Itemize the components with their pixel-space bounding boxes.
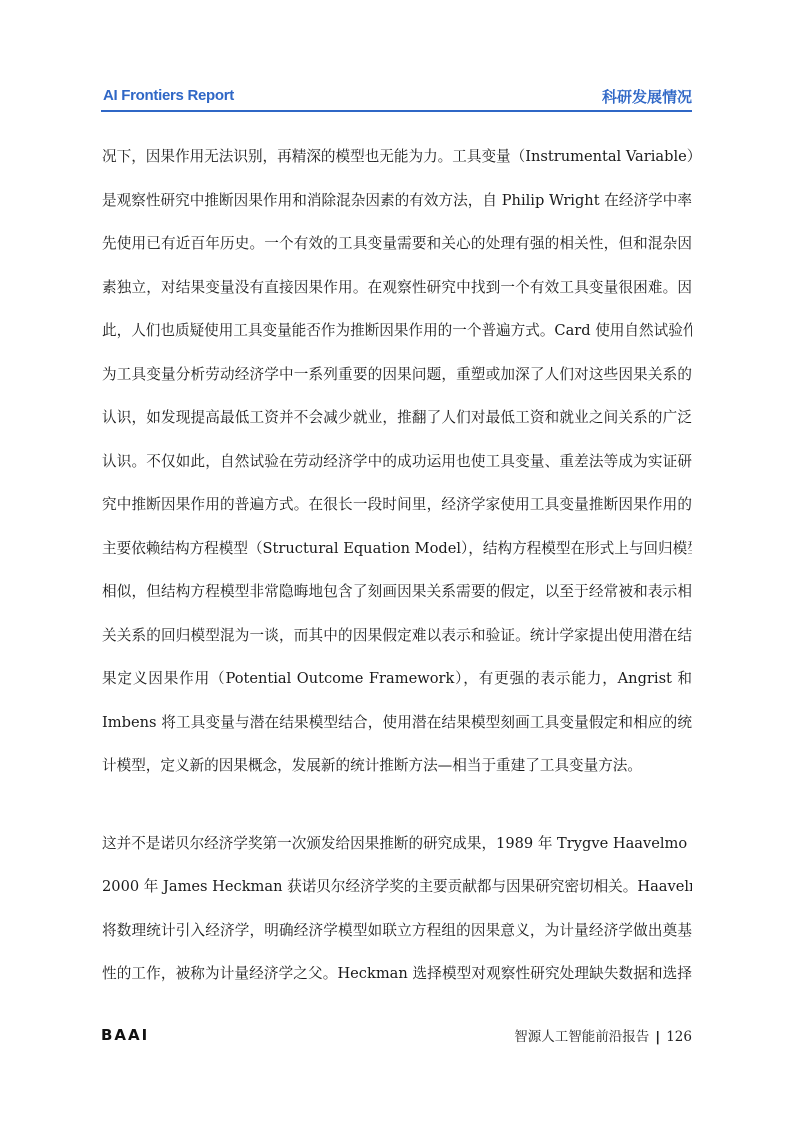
page-footer: BAAI 智源人工智能前沿报告|126 [101,1022,692,1046]
paragraph-gap [102,796,692,830]
text-line: 相似，但结构方程模型非常隐晦地包含了刻画因果关系需要的假定，以至于经常被和表示相 [102,578,692,622]
text-line: 为工具变量分析劳动经济学中一系列重要的因果问题，重塑或加深了人们对这些因果关系的 [102,361,692,405]
text-line: 究中推断因果作用的普遍方式。在很长一段时间里，经济学家使用工具变量推断因果作用的 [102,491,692,535]
text-line: 2000 年 James Heckman 获诺贝尔经济学奖的主要贡献都与因果研究… [102,873,692,917]
paragraph-1: 况下，因果作用无法识别，再精深的模型也无能为力。工具变量（Instrumenta… [102,143,692,796]
text-line: 此，人们也质疑使用工具变量能否作为推断因果作用的一个普遍方式。Card 使用自然… [102,317,692,361]
page-header: AI Frontiers Report 科研发展情况 [101,84,692,112]
section-title: 科研发展情况 [602,86,692,107]
text-line: 是观察性研究中推断因果作用和消除混杂因素的有效方法，自 Philip Wrigh… [102,187,692,231]
paragraph-2: 这并不是诺贝尔经济学奖第一次颁发给因果推断的研究成果，1989 年 Trygve… [102,830,692,1004]
text-line: 认识。不仅如此，自然试验在劳动经济学中的成功运用也使工具变量、重差法等成为实证研 [102,448,692,492]
text-line: 将数理统计引入经济学，明确经济学模型如联立方程组的因果意义，为计量经济学做出奠基 [102,917,692,961]
text-line: 计模型，定义新的因果概念，发展新的统计推断方法—相当于重建了工具变量方法。 [102,752,692,796]
text-line: 主要依赖结构方程模型（Structural Equation Model），结构… [102,535,692,579]
page-number: 126 [666,1029,692,1045]
text-line: 素独立，对结果变量没有直接因果作用。在观察性研究中找到一个有效工具变量很困难。因 [102,274,692,318]
text-line: 先使用已有近百年历史。一个有效的工具变量需要和关心的处理有强的相关性，但和混杂因 [102,230,692,274]
text-line: 性的工作，被称为计量经济学之父。Heckman 选择模型对观察性研究处理缺失数据… [102,960,692,1004]
footer-info: 智源人工智能前沿报告|126 [514,1025,692,1045]
text-line: 果定义因果作用（Potential Outcome Framework），有更强… [102,665,692,709]
text-line: 况下，因果作用无法识别，再精深的模型也无能为力。工具变量（Instrumenta… [102,143,692,187]
baai-logo: BAAI [101,1026,149,1044]
text-line: 这并不是诺贝尔经济学奖第一次颁发给因果推断的研究成果，1989 年 Trygve… [102,830,692,874]
body-text: 况下，因果作用无法识别，再精深的模型也无能为力。工具变量（Instrumenta… [102,143,692,1004]
report-name: 智源人工智能前沿报告 [514,1029,649,1045]
text-line: 认识，如发现提高最低工资并不会减少就业，推翻了人们对最低工资和就业之间关系的广泛 [102,404,692,448]
text-line: Imbens 将工具变量与潜在结果模型结合，使用潜在结果模型刻画工具变量假定和相… [102,709,692,753]
text-line: 关关系的回归模型混为一谈，而其中的因果假定难以表示和验证。统计学家提出使用潜在结 [102,622,692,666]
footer-separator: | [655,1029,660,1045]
report-title: AI Frontiers Report [103,87,234,104]
